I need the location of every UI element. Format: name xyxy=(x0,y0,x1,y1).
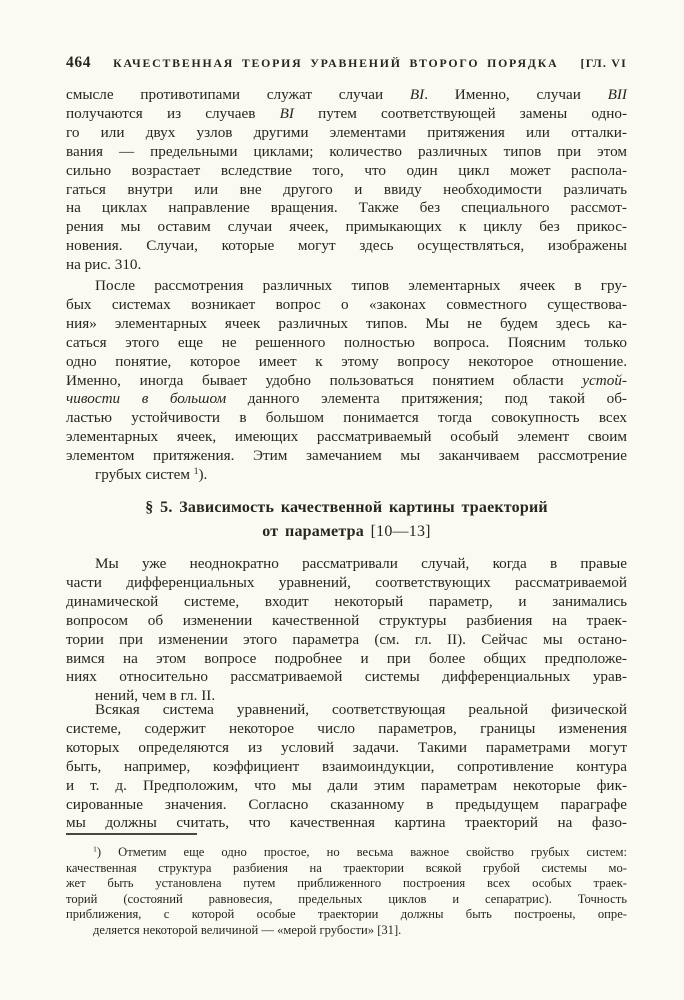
paragraph-last-line: на рис. 310. xyxy=(66,256,627,275)
page-number: 464 xyxy=(66,54,91,72)
paragraph-2: После рассмотрения различных типов элеме… xyxy=(66,277,627,485)
paragraph-text: После рассмотрения различных типов элеме… xyxy=(66,277,627,389)
paragraph-text: получаются из случаев xyxy=(66,105,280,122)
section-heading-line-1: § 5. Зависимость качественной картины тр… xyxy=(66,496,627,520)
footnote-text: ) Отметим еще одно простое, но весьма ва… xyxy=(66,845,627,921)
footnote: 1) Отметим еще одно простое, но весьма в… xyxy=(66,845,627,939)
section-heading-line-2: от параметра [10—13] xyxy=(66,520,627,544)
chapter-reference: [ГЛ. VI xyxy=(581,56,628,71)
section-heading: § 5. Зависимость качественной картины тр… xyxy=(66,496,627,543)
section-heading-bold: от параметра xyxy=(262,523,364,540)
paragraph-text: путем соответствующей замены одно- го ил… xyxy=(66,105,627,254)
paragraph-text: смысле противотипами служат случаи xyxy=(66,86,410,103)
paragraph-text: ). xyxy=(198,466,207,483)
paragraph-3: Мы уже неоднократно рассматривали случай… xyxy=(66,555,627,706)
paragraph-text: . Именно, случаи xyxy=(424,86,607,103)
italic-term: BI xyxy=(410,86,424,103)
italic-term: BI xyxy=(280,105,294,122)
paragraph-last-line: грубых систем 1). xyxy=(66,466,627,485)
section-heading-reference: [10—13] xyxy=(371,523,431,540)
footnote-last-line: деляется некоторой величиной — «мерой гр… xyxy=(66,923,627,939)
paragraph-text: Всякая система уравнений, соответствующа… xyxy=(66,701,627,831)
footnote-rule xyxy=(66,833,197,835)
italic-term: BII xyxy=(608,86,627,103)
paragraph-text: Мы уже неоднократно рассматривали случай… xyxy=(66,555,627,685)
book-page: 464 КАЧЕСТВЕННАЯ ТЕОРИЯ УРАВНЕНИЙ ВТОРОГ… xyxy=(0,0,684,1000)
paragraph-1: смысле противотипами служат случаи BI. И… xyxy=(66,86,627,275)
paragraph-text: грубых систем xyxy=(95,466,194,483)
paragraph-4: Всякая система уравнений, соответствующа… xyxy=(66,701,627,833)
running-title: КАЧЕСТВЕННАЯ ТЕОРИЯ УРАВНЕНИЙ ВТОРОГО ПО… xyxy=(91,56,580,71)
running-head: 464 КАЧЕСТВЕННАЯ ТЕОРИЯ УРАВНЕНИЙ ВТОРОГ… xyxy=(66,54,627,72)
